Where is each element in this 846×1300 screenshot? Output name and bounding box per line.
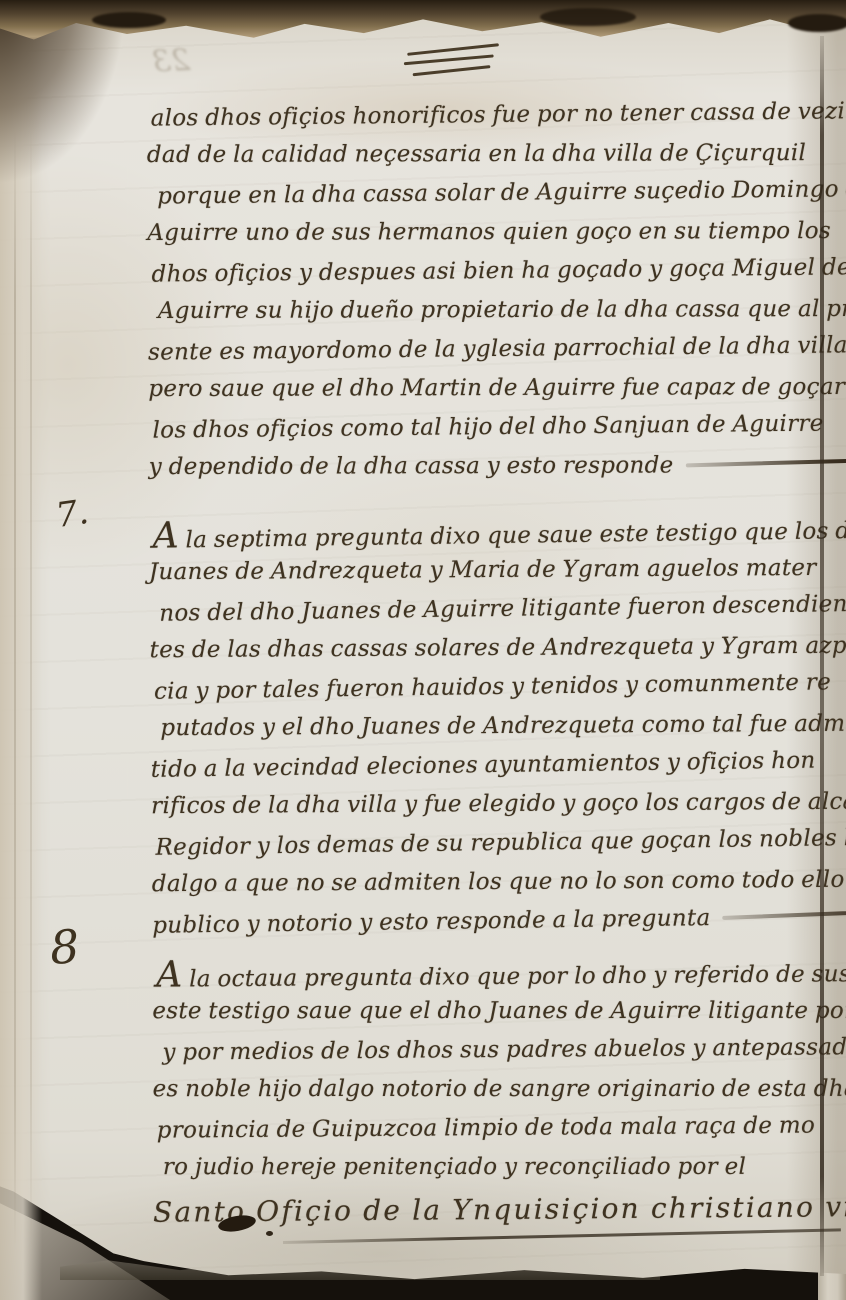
collation-mark (403, 43, 505, 84)
text-line: publico y notorio y esto responde a la p… (152, 897, 844, 946)
paragraph-answer-6: alos dhos ofiçios honorificos fue por no… (147, 94, 841, 488)
text-line: sente es mayordomo de la yglesia parroch… (148, 326, 840, 372)
text-line: ro judio hereje penitençiado y reconçili… (153, 1148, 845, 1187)
text-line: porque en la dha cassa solar de Aguirre … (147, 170, 839, 216)
torn-edge-knot (92, 12, 166, 28)
binding-edge (0, 0, 42, 1300)
text-line-text: publico y notorio y esto responde a la p… (152, 905, 711, 939)
text-line: dhos ofiçios y despues asi bien ha goçad… (147, 248, 839, 294)
text-line: Aguirre su hijo dueño propietario de la … (148, 290, 840, 331)
paragraph-end-rule (722, 906, 846, 920)
text-line: Santo Ofiçio de la Ynquisiçion christian… (153, 1184, 845, 1235)
text-line: prouincia de Guipuzcoa limpio de toda ma… (153, 1106, 845, 1150)
text-line: los dhos ofiçios como tal hijo del dho S… (148, 404, 840, 450)
manuscript-text: alos dhos ofiçios honorificos fue por no… (147, 94, 846, 1235)
text-line-text: y dependido de la dha cassa y esto respo… (149, 452, 674, 480)
manuscript-scan: 23 7. 8 alos dhos ofiçios honorificos fu… (0, 0, 846, 1300)
paragraph-answer-7: A la septima pregunta dixo que saue este… (148, 509, 844, 945)
binding-crease (30, 130, 32, 1250)
text-line: A la octaua pregunta dixo que por lo dho… (152, 950, 844, 994)
text-line: dad de la calidad neçessaria en la dha v… (147, 134, 839, 175)
text-line: es noble hijo dalgo notorio de sangre or… (153, 1070, 845, 1109)
text-line: y dependido de la dha cassa y esto respo… (149, 446, 841, 487)
torn-edge-knot (788, 14, 846, 32)
torn-edge-knot (540, 8, 636, 26)
ink-dot (266, 1231, 273, 1236)
folio-show-through: 23 (151, 43, 191, 80)
text-line: este testigo saue que el dho Juanes de A… (152, 992, 844, 1031)
marginal-number-8: 8 (48, 919, 81, 975)
text-line: alos dhos ofiçios honorificos fue por no… (146, 92, 838, 138)
pen-stroke (404, 54, 494, 65)
page-fold-line (820, 36, 824, 1276)
marginal-number-7: 7. (53, 492, 91, 536)
paragraph-answer-8: A la octaua pregunta dixo que por lo dho… (152, 952, 845, 1234)
text-line: pero saue que el dho Martin de Aguirre f… (148, 368, 840, 409)
binding-crease (14, 130, 16, 1250)
text-line: y por medios de los dhos sus padres abue… (152, 1028, 844, 1072)
text-line: Aguirre uno de sus hermanos quien goço e… (147, 212, 839, 253)
pen-stroke (413, 65, 491, 76)
